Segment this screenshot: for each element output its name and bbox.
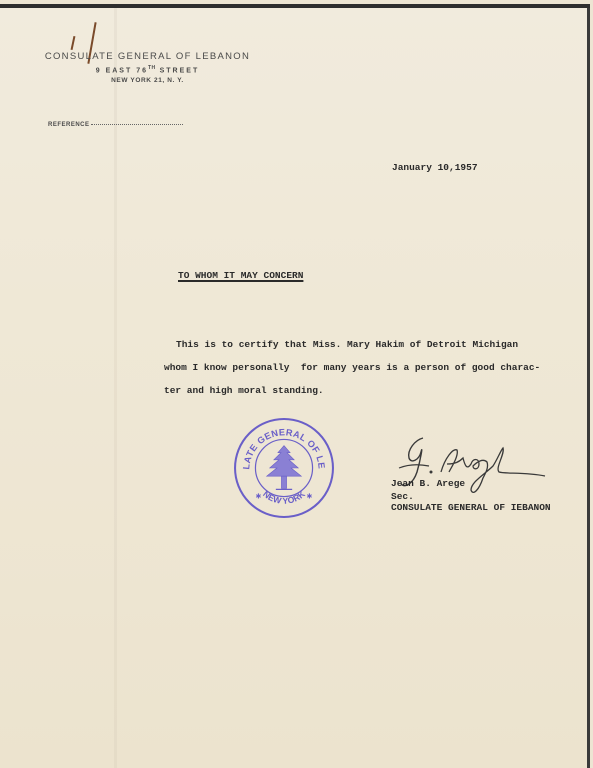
seal-bottom-text: NEW YORK (261, 488, 307, 506)
handwritten-signature (395, 428, 555, 500)
street-name: STREET (156, 67, 200, 74)
consulate-seal-stamp: CONSULATE GENERAL OF LEBANON NEW YORK ✱ … (233, 417, 335, 519)
signatory-title: Sec. (391, 491, 414, 502)
letterhead-city: NEW YORK 21, N. Y. (40, 77, 255, 84)
letterhead-name: CONSULATE GENERAL OF LEBANON (40, 51, 255, 62)
signatory-organization: CONSULATE GENERAL OF IEBANON (391, 502, 551, 513)
body-line: This is to certify that Miss. Mary Hakim… (176, 339, 518, 350)
seal-star-icon: ✱ (255, 493, 261, 502)
letterhead: CONSULATE GENERAL OF LEBANON 9 EAST 76TH… (40, 51, 255, 84)
ink-mark (71, 36, 76, 50)
reference-label: REFERENCE (48, 122, 90, 128)
letterhead-street: 9 EAST 76TH STREET (40, 65, 255, 74)
letter-date: January 10,1957 (392, 162, 478, 173)
street-suffix-sup: TH (148, 65, 156, 71)
body-line: whom I know personally for many years is… (164, 362, 540, 373)
svg-text:NEW YORK: NEW YORK (261, 488, 307, 506)
letter-page: CONSULATE GENERAL OF LEBANON 9 EAST 76TH… (0, 4, 590, 768)
cedar-tree-icon (267, 446, 302, 490)
body-line: ter and high moral standing. (164, 385, 324, 396)
street-number: 9 EAST 76 (96, 67, 148, 74)
salutation: TO WHOM IT MAY CONCERN (178, 270, 303, 281)
reference-dotted-line (91, 124, 183, 125)
seal-star-icon: ✱ (306, 493, 312, 502)
reference-field: REFERENCE (48, 122, 183, 128)
signatory-name: Jean B. Arege (391, 478, 465, 489)
